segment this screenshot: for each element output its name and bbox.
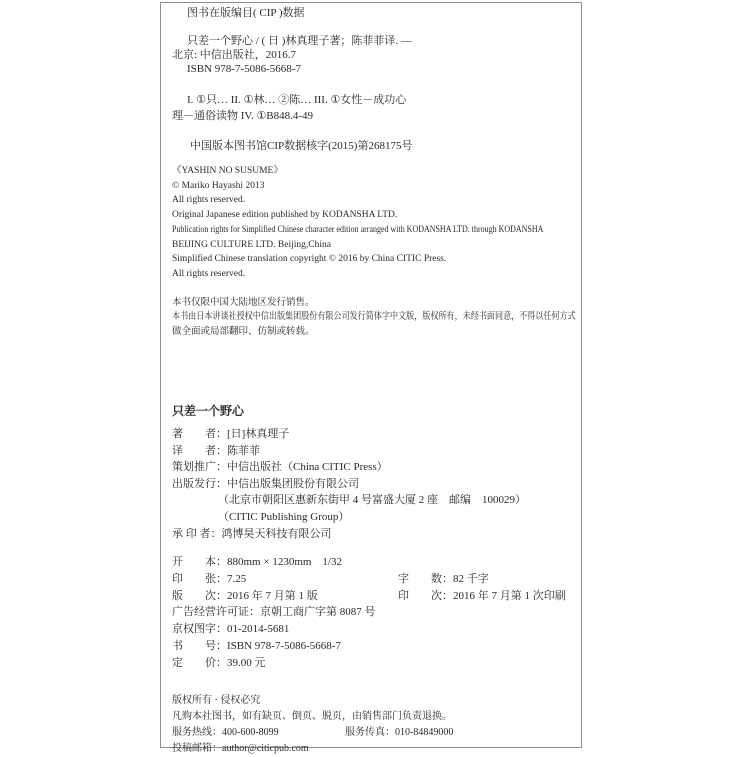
cip-record-number: 中国版本图书馆CIP数据核字(2015)第268175号 [172,139,577,154]
price-row: 定 价：39.00 元 [172,655,577,672]
publication-rights-line: Publication rights for Simplified Chines… [172,223,512,238]
cip-entry2-row: 北京: 中信出版社，2016.7 [172,48,577,63]
mainland-only-line: 本书仅限中国大陆地区发行销售。 [172,296,577,310]
original-title-line: 《YASHIN NO SUSUME》 [172,164,577,179]
submission-email: 投稿邮箱：author@citicpub.com [172,741,577,757]
cip-classification-line2: 理－通俗读物 IV. ①B848.4-49 [172,109,577,124]
author-copyright-line: © Mariko Hayashi 2013 [172,179,577,194]
publisher-address-line: （北京市朝阳区惠新东街甲 4 号富盛大厦 2 座 邮编 100029） [172,492,577,509]
copyright-number-spec: 京权图字：01-2014-5681 [172,623,289,635]
authorization-line: 本书由日本讲谈社授权中信出版集团股份有限公司发行简体字中文版，版权所有，未经书面… [172,310,516,324]
service-fax: 服务传真：010-84849000 [345,725,453,741]
edition-spec: 版 次：2016 年 7 月第 1 版 [172,590,318,602]
exchange-policy-line: 凡购本社图书，如有缺页、倒页、脱页，由销售部门负责退换。 [172,709,577,725]
no-reproduction-line: 做全面或局部翻印、仿制或转载。 [172,325,577,339]
book-title: 只差一个野心 [172,404,577,419]
cip-isbn: ISBN 978-7-5086-5668-7 [172,62,577,77]
cip-classification-line1: I. ①只… II. ①林… ②陈… III. ①女性－成功心 [172,93,577,108]
cip-heading-row: 图书在版编目( CIP )数据 [172,6,577,21]
cip-class-row2: 理－通俗读物 IV. ①B848.4-49 [172,109,577,124]
hotline-fax-row: 服务热线：400-600-8099 服务传真：010-84849000 [172,725,577,741]
original-edition-line: Original Japanese edition published by K… [172,208,577,223]
format-spec: 开 本：880mm × 1230mm 1/32 [172,556,342,568]
price-spec: 定 价：39.00 元 [172,657,266,669]
rights-block: 《YASHIN NO SUSUME》 © Mariko Hayashi 2013… [172,164,577,282]
planner-line: 策划推广：中信出版社（China CITIC Press） [172,459,577,476]
print-specs-block: 开 本：880mm × 1230mm 1/32 印 张：7.25 字 数：82 … [172,554,577,672]
translation-copyright-line: Simplified Chinese translation copyright… [172,252,577,267]
all-rights-reserved-line: 版权所有 · 侵权必究 [172,693,577,709]
cip-heading: 图书在版编目( CIP )数据 [172,6,577,21]
cip-isbn-row: ISBN 978-7-5086-5668-7 [172,62,577,77]
footer-block: 版权所有 · 侵权必究 凡购本社图书，如有缺页、倒页、脱页，由销售部门负责退换。… [172,693,577,757]
printed-sheets-spec: 印 张：7.25 [172,573,246,585]
copyright-number-row: 京权图字：01-2014-5681 [172,621,577,638]
book-number-spec: 书 号：ISBN 978-7-5086-5668-7 [172,640,341,652]
beijing-culture-line: BEIJING CULTURE LTD. Beijing,China [172,238,577,253]
format-row: 开 本：880mm × 1230mm 1/32 [172,554,577,571]
translator-line: 译 者：陈菲菲 [172,443,577,460]
word-count-spec: 字 数：82 千字 [398,571,489,588]
rights-reserved-line1: All rights reserved. [172,193,577,208]
printer-line: 承 印 者：鸿博昊天科技有限公司 [172,526,577,543]
author-line: 著 者：[日]林真理子 [172,426,577,443]
ad-license-row: 广告经营许可证：京朝工商广字第 8087 号 [172,604,577,621]
cip-class-row1: I. ①只… II. ①林… ②陈… III. ①女性－成功心 [172,93,577,108]
book-copyright-page: 图书在版编目( CIP )数据 只差一个野心 / ( 日 )林真理子著；陈菲菲译… [160,2,582,748]
ad-license-spec: 广告经营许可证：京朝工商广字第 8087 号 [172,606,376,618]
publisher-group-line: （CITIC Publishing Group） [172,509,577,526]
rights-reserved-line2: All rights reserved. [172,267,577,282]
cip-record-row: 中国版本图书馆CIP数据核字(2015)第268175号 [172,139,577,154]
cip-entry-line2: 北京: 中信出版社，2016.7 [172,48,577,63]
impression-spec: 印 次：2016 年 7 月第 1 次印刷 [398,588,566,605]
cip-entry-line1: 只差一个野心 / ( 日 )林真理子著；陈菲菲译. — [172,34,577,49]
colophon-title-row: 只差一个野心 [172,404,577,419]
cip-entry-row: 只差一个野心 / ( 日 )林真理子著；陈菲菲译. — [172,34,577,49]
service-hotline: 服务热线：400-600-8099 [172,727,279,738]
distribution-notice: 本书仅限中国大陆地区发行销售。 本书由日本讲谈社授权中信出版集团股份有限公司发行… [172,296,577,339]
publisher-line: 出版发行：中信出版集团股份有限公司 [172,476,577,493]
book-number-row: 书 号：ISBN 978-7-5086-5668-7 [172,638,577,655]
scanned-copyright-page-background: { "cip": { "heading": "图书在版编目( CIP )数据",… [0,0,750,750]
edition-impression-row: 版 次：2016 年 7 月第 1 版 印 次：2016 年 7 月第 1 次印… [172,588,577,605]
sheets-words-row: 印 张：7.25 字 数：82 千字 [172,571,577,588]
colophon-block: 著 者：[日]林真理子 译 者：陈菲菲 策划推广：中信出版社（China CIT… [172,426,577,542]
